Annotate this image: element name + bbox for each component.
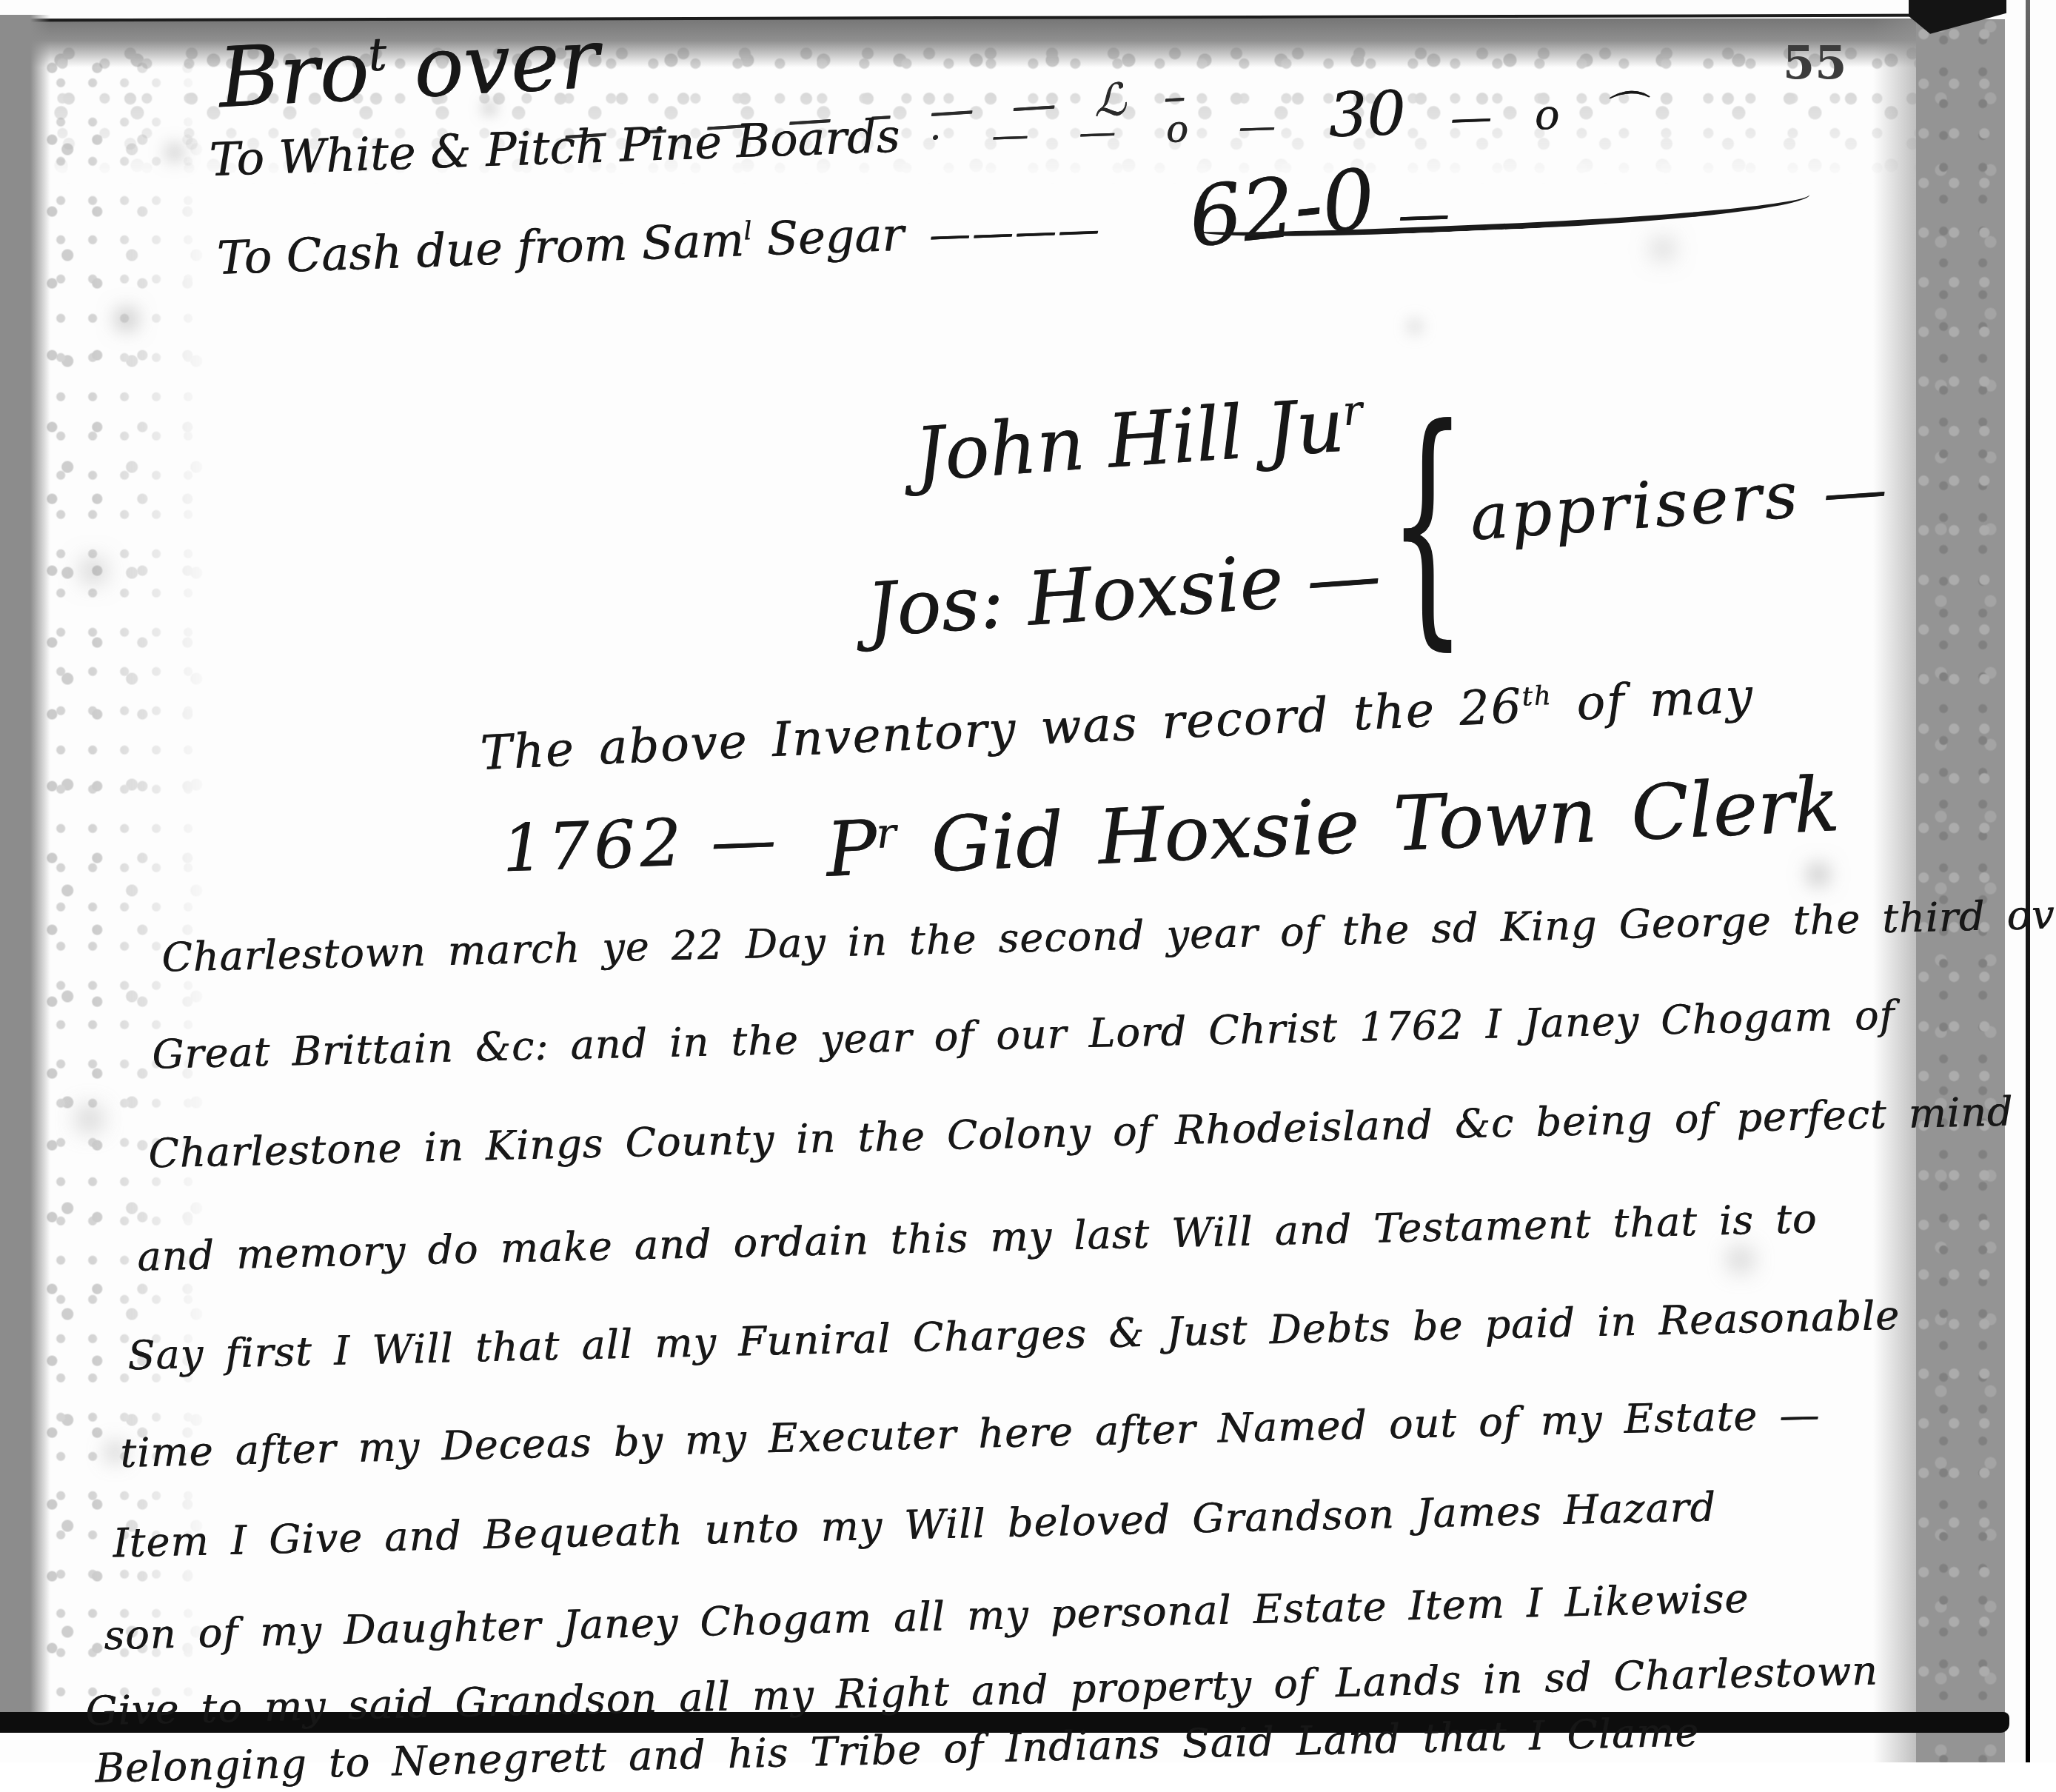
clerk-prefix-superscript: r	[875, 809, 897, 858]
signature-john-hill: John Hill Jur	[912, 381, 1366, 498]
signature-name: John Hill Ju	[912, 382, 1347, 498]
ledger-row-leader: ————	[928, 205, 1102, 259]
ledger-row-leader: · — — o —	[928, 104, 1295, 159]
scan-right-vertical-line	[2026, 0, 2030, 1762]
ledger-row-amount: 30	[1327, 78, 1407, 152]
apprisers-label: apprisers —	[1467, 452, 1892, 555]
scan-stain-blobs	[0, 0, 1, 1]
brought-over-base: Bro	[216, 23, 372, 127]
will-body-line: Charlestone in Kings County in the Colon…	[148, 1088, 2014, 1177]
page-number: 55	[1783, 36, 1846, 90]
scan-right-texture	[1916, 19, 2005, 1762]
ledger-row-trail-marks: — o ⌒	[1450, 87, 1659, 143]
will-body-line: Great Brittain &c: and in the year of ou…	[152, 992, 1895, 1077]
will-body-line: son of my Daughter Janey Chogam all my p…	[104, 1575, 1749, 1659]
brought-over-rest: over	[385, 11, 602, 118]
town-clerk-signature: Pr Gid Hoxsie Town Clerk	[824, 760, 1841, 895]
ledger-row-label-base: To Cash due from Sam	[216, 213, 745, 285]
ledger-row-label-rest: Segar	[751, 207, 905, 267]
signature-suffix-superscript: r	[1341, 387, 1364, 435]
record-clause-post: of may	[1551, 669, 1755, 732]
brought-over-superscript: t	[366, 27, 387, 81]
record-year: 1762 —	[500, 800, 781, 886]
record-clause-pre: The above Inventory was record the 26	[479, 679, 1524, 781]
record-clause-line: The above Inventory was record the 26th …	[479, 669, 1755, 781]
scan-right-fade	[1873, 19, 1918, 1762]
will-body-line: Charlestown march ye 22 Day in the secon…	[161, 890, 2056, 980]
will-body-line: and memory do make and ordain this my la…	[137, 1195, 1818, 1280]
manuscript-scan-page: Brot over — – — — – — — ℒ – 55 To White …	[0, 0, 2056, 1762]
clerk-prefix: P	[824, 804, 879, 895]
will-body-line: Say first I Will that all my Funiral Cha…	[127, 1292, 1901, 1379]
will-body-line: Item I Give and Bequeath unto my Will be…	[113, 1483, 1717, 1566]
signature-jos-hoxsie: Jos: Hoxsie —	[864, 532, 1384, 654]
clerk-name: Gid Hoxsie Town Clerk	[894, 760, 1841, 892]
record-date-superscript: th	[1521, 681, 1553, 712]
apprisers-brace: {	[1388, 376, 1466, 672]
will-body-line: time after my Deceas by my Executer here…	[120, 1391, 1821, 1477]
